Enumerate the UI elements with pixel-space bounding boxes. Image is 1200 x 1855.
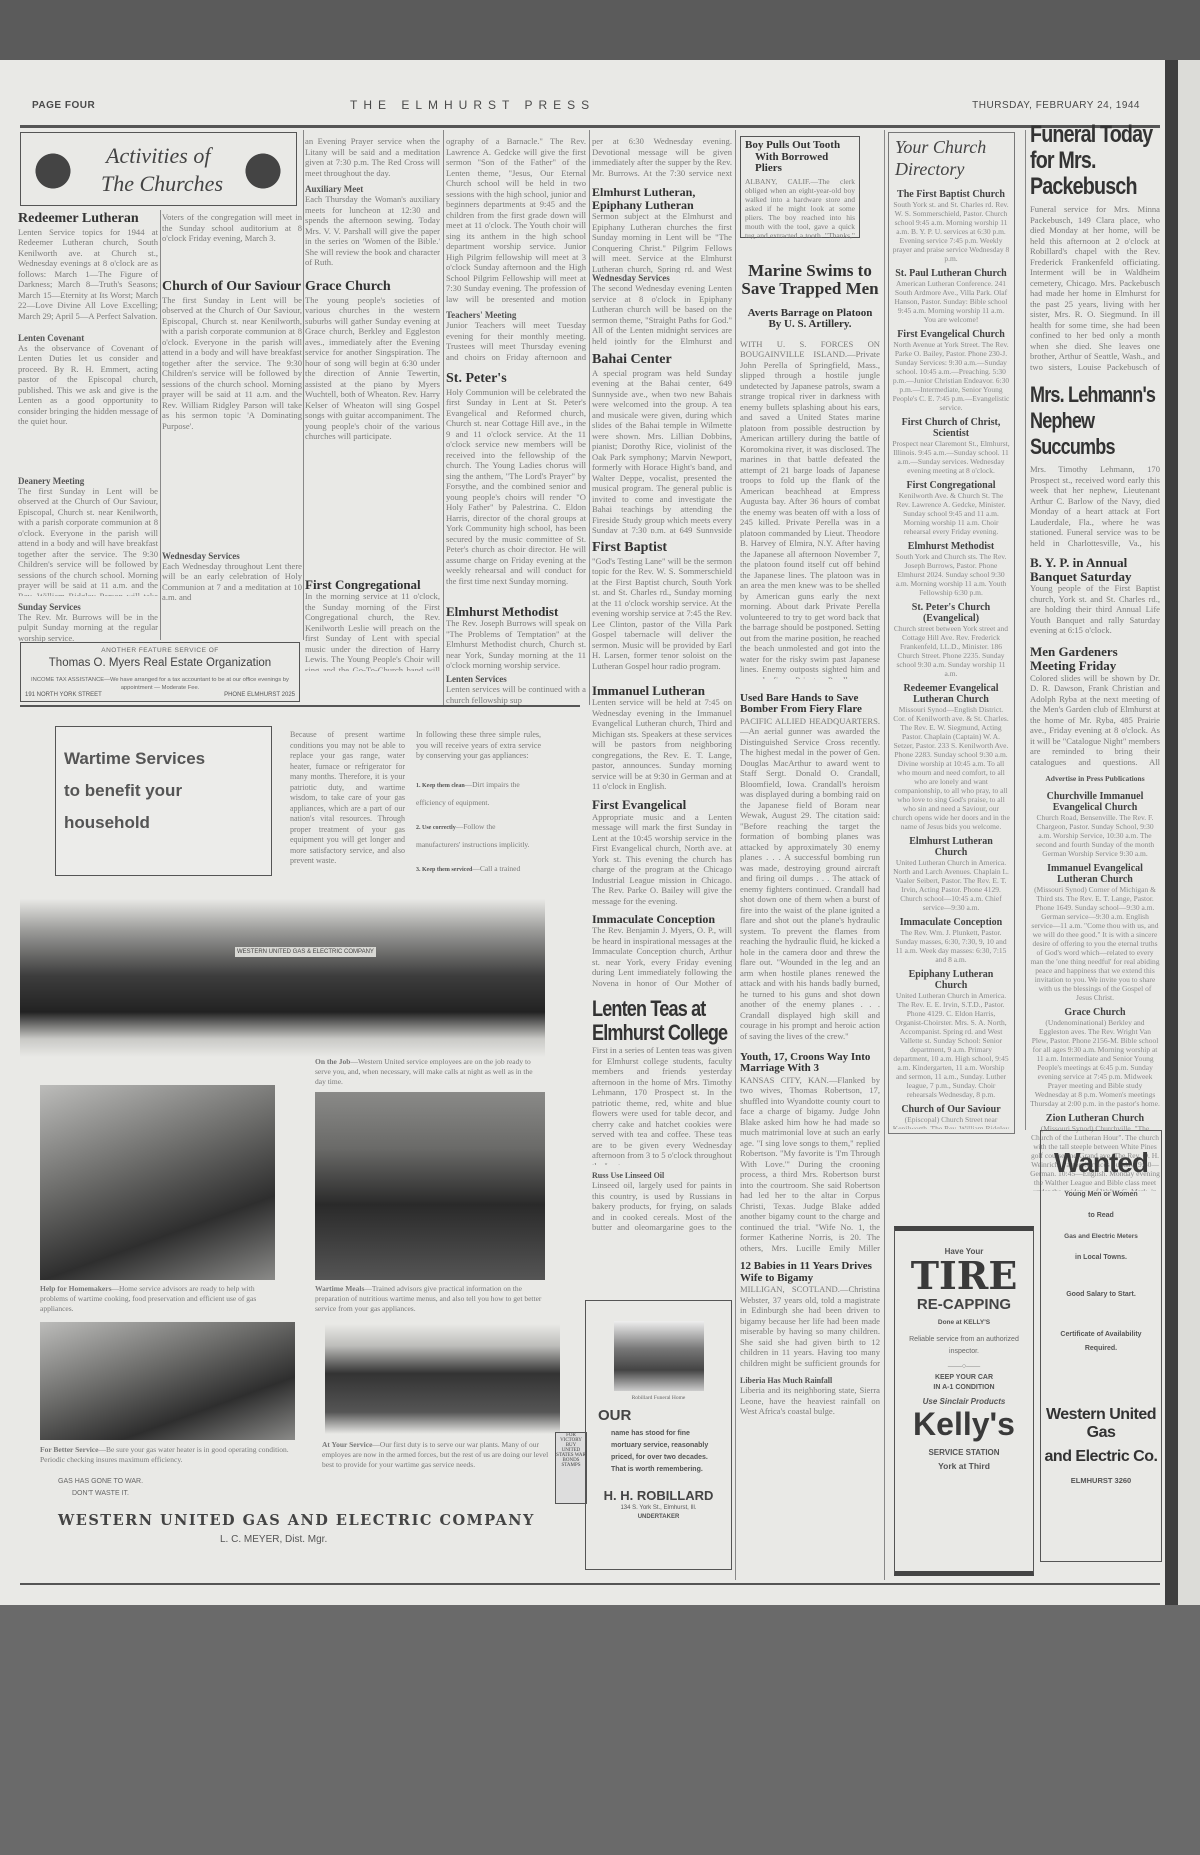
- entry-detail: Prospect near Claremont St., Elmhurst, I…: [892, 439, 1010, 475]
- caption-help: Help for Homemakers—Home service advisor…: [40, 1284, 275, 1314]
- article-body: per at 6:30 Wednesday evening. Devotiona…: [592, 136, 732, 178]
- bible-icon: [29, 141, 77, 191]
- advertise-line: Advertise in Press Publications: [1030, 774, 1160, 783]
- article-body: The first Sunday in Lent will be observe…: [162, 295, 302, 545]
- directory-entry: First Church of Christ, ScientistProspec…: [892, 417, 1010, 475]
- subhead: Lenten Services: [446, 674, 586, 684]
- ad-body: In following these three simple rules, y…: [416, 730, 541, 770]
- directory-entry: Epiphany Lutheran ChurchUnited Lutheran …: [892, 969, 1010, 1099]
- article-column-8: Funeral Today for Mrs. Packebusch Funera…: [1030, 122, 1160, 1191]
- ad-text: Young Men or Women: [1041, 1191, 1161, 1198]
- headline: Elmhurst Methodist: [446, 605, 586, 619]
- caption-title: Help for Homemakers: [40, 1284, 112, 1293]
- ad-phone: PHONE ELMHURST 2025: [224, 692, 295, 698]
- entry-name: Immanuel Evangelical Lutheran Church: [1030, 863, 1160, 885]
- entry-name: Immaculate Conception: [892, 917, 1010, 928]
- ad-headline: to benefit your: [64, 781, 271, 801]
- rule-title: 1. Keep them clean: [416, 783, 465, 789]
- headline: Used Bare Hands to Save Bomber From Fier…: [740, 693, 880, 716]
- article-body: MILLIGAN, SCOTLAND.—Christina Webster, 3…: [740, 1284, 880, 1368]
- article-boy-tooth: Boy Pulls Out Tooth With Borrowed Pliers…: [740, 136, 860, 238]
- headline: Lenten Teas at Elmhurst College: [592, 997, 731, 1045]
- article-body: Lenten services will be continued with a…: [446, 684, 586, 706]
- ad-body: name has stood for fine mortuary service…: [611, 1428, 717, 1476]
- subhead: Liberia Has Much Rainfall: [740, 1376, 880, 1385]
- headline: B. Y. P. in Annual Banquet Saturday: [1030, 556, 1160, 583]
- entry-name: Redeemer Evangelical Lutheran Church: [892, 683, 1010, 705]
- ad-company: and Electric Co.: [1041, 1448, 1161, 1466]
- entry-name: Elmhurst Lutheran Church: [892, 836, 1010, 858]
- ad-body: Because of present wartime conditions yo…: [290, 730, 405, 870]
- headline: Mrs. Lehmann's Nephew Succumbs: [1030, 382, 1161, 460]
- truck-sign: WESTERN UNITED GAS & ELECTRIC COMPANY: [235, 947, 376, 957]
- headline: Youth, 17, Croons Way Into Marriage With…: [740, 1052, 880, 1075]
- headline: St. Peter's: [446, 372, 586, 387]
- entry-name: Zion Lutheran Church: [1030, 1113, 1160, 1124]
- church-directory: Your Church Directory The First Baptist …: [888, 132, 1015, 1134]
- headline: Funeral Today for Mrs. Packebusch: [1030, 122, 1161, 200]
- ad-text: Certificate of Availability Required.: [1055, 1328, 1147, 1356]
- ad-text: SERVICE STATION: [895, 1448, 1033, 1457]
- entry-name: The First Baptist Church: [892, 189, 1010, 200]
- article-body: Lenten Service topics for 1944 at Redeem…: [18, 227, 158, 327]
- subhead: Wednesday Services: [592, 273, 732, 283]
- masthead-rule: [20, 125, 1160, 128]
- image-caption: Robillard Funeral Home: [586, 1395, 731, 1401]
- rule-item: 1. Keep them clean—Dirt impairs the effi…: [416, 774, 541, 810]
- caption-title: At Your Service: [322, 1440, 372, 1449]
- directory-entry: Immanuel Evangelical Lutheran Church(Mis…: [1030, 863, 1160, 1002]
- subhead: Lenten Covenant: [18, 333, 158, 343]
- column-rule: [884, 130, 885, 1580]
- ad-kellys: Have Your TIRE RE-CAPPING Done at KELLY'…: [894, 1226, 1034, 1576]
- paper-title: THE ELMHURST PRESS: [350, 98, 595, 112]
- homemakers-photo: [40, 1085, 275, 1280]
- ad-title: UNDERTAKER: [586, 1514, 731, 1520]
- article-body: As the observance of Covenant of Lenten …: [18, 343, 158, 468]
- article-our-saviour: Voters of the congregation will meet in …: [162, 212, 302, 601]
- column-rule: [443, 130, 444, 705]
- caption-meals: Wartime Meals—Trained advisors give prac…: [315, 1284, 550, 1314]
- entry-detail: Church Road, Bensenville. The Rev. F. Ch…: [1030, 813, 1160, 858]
- truck-photo: WESTERN UNITED GAS & ELECTRIC COMPANY: [20, 877, 545, 1057]
- ad-robillard: Robillard Funeral Home OUR name has stoo…: [585, 1300, 732, 1570]
- subhead: Teachers' Meeting: [446, 310, 586, 320]
- directory-entry: The First Baptist ChurchSouth York st. a…: [892, 189, 1010, 263]
- entry-detail: (Episcopal) Church Street near Kenilwort…: [892, 1115, 1010, 1129]
- ad-western-united: Wartime Services to benefit your househo…: [20, 712, 580, 1582]
- entry-detail: Missouri Synod—English District. Cor. of…: [892, 705, 1010, 831]
- article-body: The second Wednesday evening Lenten serv…: [592, 283, 732, 345]
- caption-title: For Better Service: [40, 1445, 98, 1454]
- banner-line-2: The Churches: [101, 171, 223, 197]
- rule-item: 2. Use correctly—Follow the manufacturer…: [416, 816, 541, 852]
- war-bonds-badge: FOR VICTORY BUY UNITED STATES WAR BONDS …: [555, 1432, 587, 1504]
- headline: With Borrowed Pliers: [741, 152, 859, 177]
- subhead: Wednesday Services: [162, 551, 302, 561]
- scan-background: [0, 1605, 1200, 1855]
- article-body: "God's Testing Lane" will be the sermon …: [592, 556, 732, 676]
- article-body: Linseed oil, largely used for paints in …: [592, 1180, 732, 1232]
- directory-title: Directory: [895, 159, 964, 180]
- subhead: Sunday Services: [18, 602, 158, 612]
- article-body: The young people's societies of various …: [305, 295, 440, 570]
- activities-banner: Activities of The Churches: [20, 132, 297, 206]
- ad-text: York at Third: [895, 1461, 1033, 1471]
- article-body: Lenten service will be held at 7:45 on W…: [592, 697, 732, 792]
- section-rule: [20, 705, 580, 707]
- entry-name: Church of Our Saviour: [892, 1104, 1010, 1115]
- article-body: WITH U. S. FORCES ON BOUGAINVILLE ISLAND…: [740, 339, 880, 679]
- ad-company: WESTERN UNITED GAS AND ELECTRIC COMPANY: [58, 1512, 535, 1529]
- ad-text: IN A-1 CONDITION: [895, 1384, 1033, 1391]
- ad-headline-box: Wartime Services to benefit your househo…: [55, 726, 272, 876]
- article-body: Each Thursday the Woman's auxiliary meet…: [305, 194, 440, 268]
- ad-company: Western United Gas: [1041, 1406, 1161, 1442]
- entry-name: St. Paul Lutheran Church: [892, 268, 1010, 279]
- article-body: Liberia and its neighboring state, Sierr…: [740, 1385, 880, 1417]
- issue-date: THURSDAY, FEBRUARY 24, 1944: [972, 100, 1140, 111]
- entry-detail: Church street between York street and Co…: [892, 624, 1010, 678]
- article-st-peters: ography of a Barnacle." The Rev. Lawrenc…: [446, 136, 586, 706]
- subhead: Deanery Meeting: [18, 476, 158, 486]
- article-marine: Marine Swims to Save Trapped Men Averts …: [740, 262, 880, 1417]
- headline: Men Gardeners Meeting Friday: [1030, 645, 1160, 672]
- ad-text: Use Sinclair Products: [895, 1397, 1033, 1406]
- ad-text: Good Salary to Start.: [1041, 1291, 1161, 1298]
- next-page-strip: [1178, 60, 1200, 1605]
- headline: First Evangelical: [592, 798, 732, 812]
- entry-name: Grace Church: [1030, 1007, 1160, 1018]
- article-body: ography of a Barnacle." The Rev. Lawrenc…: [446, 136, 586, 178]
- ad-wanted: Wanted Young Men or Women to Read Gas an…: [1040, 1130, 1162, 1562]
- article-body: Young people of the First Baptist church…: [1030, 583, 1160, 635]
- ad-name: H. H. ROBILLARD: [586, 1488, 731, 1503]
- caption-title: Wartime Meals: [315, 1284, 364, 1293]
- ad-headline: OUR: [598, 1407, 731, 1424]
- ad-headline: Wanted: [1041, 1147, 1161, 1179]
- headline: First Congregational: [305, 578, 440, 592]
- entry-detail: (Undenominational) Berkley and Eggleston…: [1030, 1018, 1160, 1108]
- column-rule: [160, 210, 161, 640]
- entry-detail: United Lutheran Church in America. The R…: [892, 991, 1010, 1099]
- headline: Marine Swims to Save Trapped Men: [740, 262, 880, 298]
- article-body: The Rev. Benjamin J. Myers, O. P., will …: [592, 925, 732, 987]
- directory-entry: St. Paul Lutheran ChurchAmerican Luthera…: [892, 268, 1010, 324]
- directory-entry: Church of Our Saviour(Episcopal) Church …: [892, 1104, 1010, 1129]
- directory-title: Your Church: [895, 137, 986, 158]
- ad-phone: ELMHURST 3260: [1041, 1476, 1161, 1485]
- article-body: Mrs. Timothy Lehmann, 170 Prospect st., …: [1030, 464, 1160, 548]
- article-column-5: per at 6:30 Wednesday evening. Devotiona…: [592, 136, 732, 1232]
- ad-text: Gas and Electric Meters: [1041, 1233, 1161, 1240]
- article-body: Colored slides will be shown by Dr. D. R…: [1030, 673, 1160, 768]
- article-body: Appropriate music and a Lenten message w…: [592, 812, 732, 907]
- ad-big-text: TIRE: [895, 1256, 1033, 1296]
- ad-name: Kelly's: [895, 1406, 1033, 1442]
- ad-text: KEEP YOUR CAR: [895, 1374, 1033, 1381]
- headline: Immanuel Lutheran: [592, 684, 732, 698]
- rule-title: 2. Use correctly: [416, 825, 456, 831]
- employees-photo: [325, 1324, 560, 1434]
- directory-entry: Churchville Immanuel Evangelical ChurchC…: [1030, 791, 1160, 858]
- rule-title: 3. Keep them serviced: [416, 867, 472, 873]
- entry-detail: South York st. and St. Charles rd. Rev. …: [892, 200, 1010, 263]
- funeral-home-image: [614, 1321, 704, 1391]
- article-body: Each Wednesday throughout Lent there wil…: [162, 561, 302, 601]
- ad-sub: RE-CAPPING: [895, 1296, 1033, 1313]
- headline: Bahai Center: [592, 353, 732, 368]
- headline: 12 Babies in 11 Years Drives Wife to Big…: [740, 1261, 880, 1284]
- entry-detail: The Rev. Wm. J. Plunkett, Pastor. Sunday…: [892, 928, 1010, 964]
- entry-name: Churchville Immanuel Evangelical Church: [1030, 791, 1160, 813]
- headline: Elmhurst Lutheran, Epiphany Lutheran: [592, 186, 732, 211]
- article-body: The first Sunday in Lent will be observe…: [18, 486, 158, 596]
- ad-address: 191 NORTH YORK STREET: [25, 692, 102, 698]
- directory-entry: Grace Church(Undenominational) Berkley a…: [1030, 1007, 1160, 1108]
- entry-name: First Evangelical Church: [892, 329, 1010, 340]
- entry-name: Epiphany Lutheran Church: [892, 969, 1010, 991]
- article-body: In the morning service at 11 o'clock, th…: [305, 591, 440, 671]
- column-rule: [589, 130, 590, 705]
- article-body: KANSAS CITY, KAN.—Flanked by two wives, …: [740, 1075, 880, 1255]
- entry-detail: Kenilworth Ave. & Church St. The Rev. La…: [892, 491, 1010, 536]
- headline: Grace Church: [305, 280, 440, 295]
- article-body: Church school will be held in two sessio…: [446, 178, 586, 302]
- ad-headline: household: [64, 813, 271, 833]
- divider-ornament: ——○——: [895, 1362, 1033, 1370]
- ad-kicker: ANOTHER FEATURE SERVICE OF: [21, 647, 299, 654]
- ad-headline: Wartime Services: [64, 749, 271, 769]
- ad-company-name: Thomas O. Myers Real Estate Organization: [21, 657, 299, 669]
- entry-detail: North Avenue at York Street. The Rev. Pa…: [892, 340, 1010, 412]
- subhead: Russ Use Linseed Oil: [592, 1171, 732, 1180]
- caption-your-service: At Your Service—Our first duty is to ser…: [322, 1440, 562, 1470]
- ad-address: 134 S. York St., Elmhurst, Ill.: [586, 1505, 731, 1511]
- headline: Boy Pulls Out Tooth: [741, 137, 859, 152]
- masthead: PAGE FOUR THE ELMHURST PRESS THURSDAY, F…: [20, 96, 1160, 116]
- ad-manager: L. C. MEYER, Dist. Mgr.: [220, 1534, 327, 1545]
- article-body: Funeral service for Mrs. Minna Packebusc…: [1030, 204, 1160, 374]
- entry-detail: American Lutheran Conference. 241 South …: [892, 279, 1010, 324]
- caption-title: On the Job: [315, 1057, 350, 1066]
- ad-text: INCOME TAX ASSISTANCE—We have arranged f…: [25, 676, 295, 692]
- column-rule: [735, 130, 736, 1580]
- entry-name: First Church of Christ, Scientist: [892, 417, 1010, 439]
- ad-text: Done at KELLY'S: [895, 1319, 1033, 1326]
- directory-entry: First CongregationalKenilworth Ave. & Ch…: [892, 480, 1010, 536]
- article-body: The Rev. Joseph Burrows will speak on "T…: [446, 618, 586, 670]
- ad-text: Reliable service from an authorized insp…: [905, 1334, 1023, 1358]
- entry-name: St. Peter's Church (Evangelical): [892, 602, 1010, 624]
- article-body: ALBANY, CALIF.—The clerk obliged when an…: [741, 177, 859, 239]
- subhead: Auxiliary Meet: [305, 184, 440, 194]
- headline: First Baptist: [592, 541, 732, 556]
- entry-detail: (Missouri Synod) Corner of Michigan & Th…: [1030, 885, 1160, 1002]
- bible-icon: [239, 141, 287, 191]
- headline: Immaculate Conception: [592, 913, 732, 926]
- article-body: Sermon subject at the Elmhurst and Epiph…: [592, 211, 732, 273]
- deck: Averts Barrage on Platoon By U. S. Artil…: [740, 308, 880, 331]
- column-rule: [303, 130, 304, 640]
- directory-entry: St. Peter's Church (Evangelical)Church s…: [892, 602, 1010, 678]
- headline: Redeemer Lutheran: [18, 212, 158, 227]
- caption-better: For Better Service—Be sure your gas wate…: [40, 1445, 300, 1465]
- directory-entry: First Evangelical ChurchNorth Avenue at …: [892, 329, 1010, 412]
- directory-list: The First Baptist ChurchSouth York st. a…: [892, 189, 1010, 1129]
- article-body: an Evening Prayer service when the Litan…: [305, 136, 440, 178]
- article-body: First in a series of Lenten teas was giv…: [592, 1045, 732, 1165]
- article-body: Junior Teachers will meet Tuesday evenin…: [446, 320, 586, 362]
- directory-entry: Elmhurst MethodistSouth York and Church …: [892, 541, 1010, 597]
- ad-myers-real-estate: ANOTHER FEATURE SERVICE OF Thomas O. Mye…: [20, 642, 300, 702]
- entry-name: Elmhurst Methodist: [892, 541, 1010, 552]
- article-body: Voters of the congregation will meet in …: [162, 212, 302, 272]
- entry-detail: South York and Church sts. The Rev. Jose…: [892, 552, 1010, 597]
- classroom-photo: [315, 1092, 545, 1280]
- water-heater-photo: [40, 1322, 295, 1440]
- bottom-rule: [20, 1583, 1160, 1585]
- banner-line-1: Activities of: [106, 143, 210, 169]
- caption-on-the-job: On the Job—Western United service employ…: [315, 1057, 545, 1087]
- entry-name: First Congregational: [892, 480, 1010, 491]
- directory-entry: Redeemer Evangelical Lutheran ChurchMiss…: [892, 683, 1010, 831]
- article-body: Holy Communion will be celebrated the fi…: [446, 387, 586, 597]
- article-body: PACIFIC ALLIED HEADQUARTERS.—An aerial g…: [740, 716, 880, 1046]
- directory-entry: Immaculate ConceptionThe Rev. Wm. J. Plu…: [892, 917, 1010, 964]
- directory-entry: Elmhurst Lutheran ChurchUnited Lutheran …: [892, 836, 1010, 912]
- entry-detail: United Lutheran Church in America. North…: [892, 858, 1010, 912]
- ad-slogan: DON'T WASTE IT.: [72, 1490, 129, 1497]
- ad-text: to Read: [1041, 1212, 1161, 1219]
- headline: Church of Our Saviour: [162, 280, 302, 295]
- column-rule: [1025, 130, 1026, 1130]
- ad-slogan: GAS HAS GONE TO WAR.: [58, 1478, 143, 1485]
- page-number: PAGE FOUR: [32, 100, 95, 111]
- article-auxiliary: an Evening Prayer service when the Litan…: [305, 136, 440, 671]
- ad-text: in Local Towns.: [1041, 1254, 1161, 1261]
- article-redeemer: Redeemer Lutheran Lenten Service topics …: [18, 212, 158, 662]
- article-body: A special program was held Sunday evenin…: [592, 368, 732, 533]
